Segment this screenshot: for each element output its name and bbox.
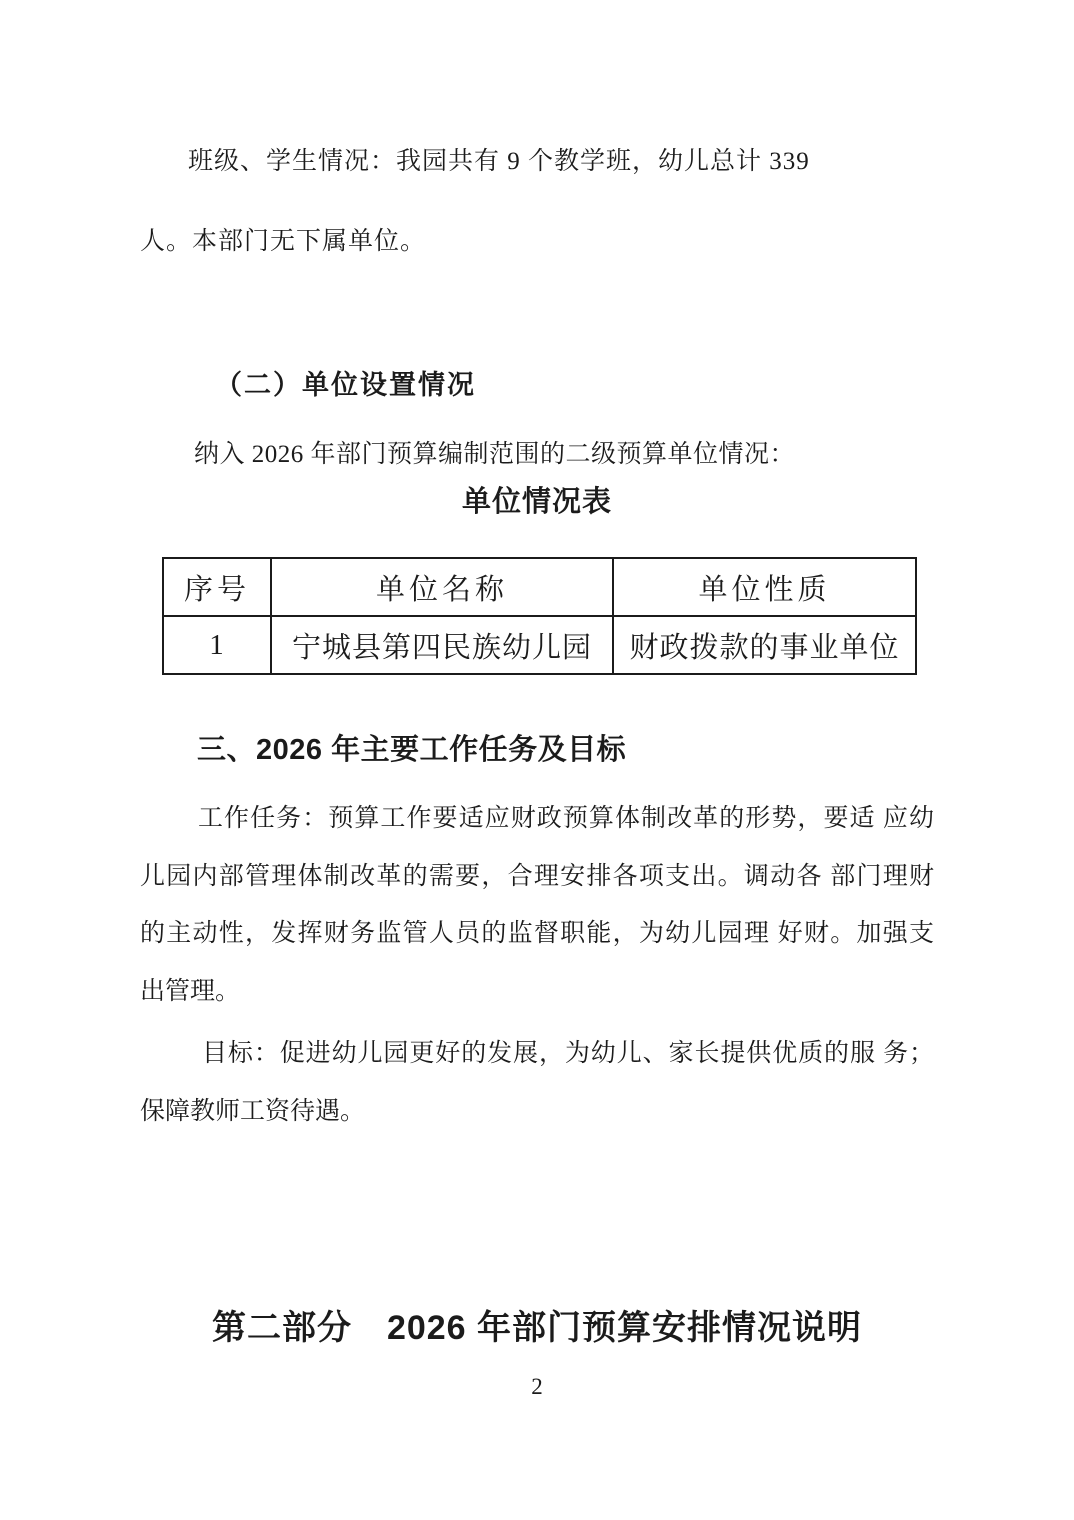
- paragraph-line: 人。本部门无下属单位。: [140, 202, 934, 282]
- paragraph-line: 出管理。: [140, 963, 934, 1021]
- unit-table-body: 1 宁城县第四民族幼儿园 财政拨款的事业单位: [163, 616, 916, 674]
- paragraph-scope: 纳入 2026 年部门预算编制范围的二级预算单位情况：: [140, 435, 934, 475]
- paragraph-line: 的主动性，发挥财务监管人员的监督职能，为幼儿园理 好财。加强支: [140, 905, 934, 963]
- heading-unit-setup: （二）单位设置情况: [140, 365, 934, 405]
- header-cell-unit-nature: 单位性质: [613, 558, 916, 616]
- paragraph-students: 班级、学生情况：我园共有 9 个教学班，幼儿总计 339 人。本部门无下属单位。: [140, 122, 934, 282]
- paragraph-line: 保障教师工资待遇。: [140, 1083, 934, 1141]
- paragraph-line: 儿园内部管理体制改革的需要，合理安排各项支出。调动各 部门理财: [140, 848, 934, 906]
- table-row: 1 宁城县第四民族幼儿园 财政拨款的事业单位: [163, 616, 916, 674]
- cell-unit-name: 宁城县第四民族幼儿园: [271, 616, 613, 674]
- header-cell-seq: 序号: [163, 558, 271, 616]
- table-header-row: 序号 单位名称 单位性质: [163, 558, 916, 616]
- unit-table: 序号 单位名称 单位性质 1 宁城县第四民族幼儿园 财政拨款的事业单位: [162, 557, 917, 675]
- heading-tasks-goals: 三、2026 年主要工作任务及目标: [140, 729, 934, 771]
- paragraph-tasks: 工作任务：预算工作要适应财政预算体制改革的形势，要适 应幼 儿园内部管理体制改革…: [140, 790, 934, 1020]
- header-cell-unit-name: 单位名称: [271, 558, 613, 616]
- paragraph-line: 班级、学生情况：我园共有 9 个教学班，幼儿总计 339: [140, 122, 934, 202]
- paragraph-line: 工作任务：预算工作要适应财政预算体制改革的形势，要适 应幼: [140, 790, 934, 848]
- cell-unit-nature: 财政拨款的事业单位: [613, 616, 916, 674]
- unit-table-header: 序号 单位名称 单位性质: [163, 558, 916, 616]
- paragraph-line: 目标：促进幼儿园更好的发展，为幼儿、家长提供优质的服 务；: [140, 1025, 934, 1083]
- document-page: 班级、学生情况：我园共有 9 个教学班，幼儿总计 339 人。本部门无下属单位。…: [0, 0, 1074, 1520]
- paragraph-goals: 目标：促进幼儿园更好的发展，为幼儿、家长提供优质的服 务； 保障教师工资待遇。: [140, 1025, 934, 1140]
- cell-seq: 1: [163, 616, 271, 674]
- heading-part-two: 第二部分 2026 年部门预算安排情况说明: [140, 1304, 934, 1352]
- page-number: 2: [140, 1373, 934, 1401]
- table-title: 单位情况表: [140, 481, 934, 523]
